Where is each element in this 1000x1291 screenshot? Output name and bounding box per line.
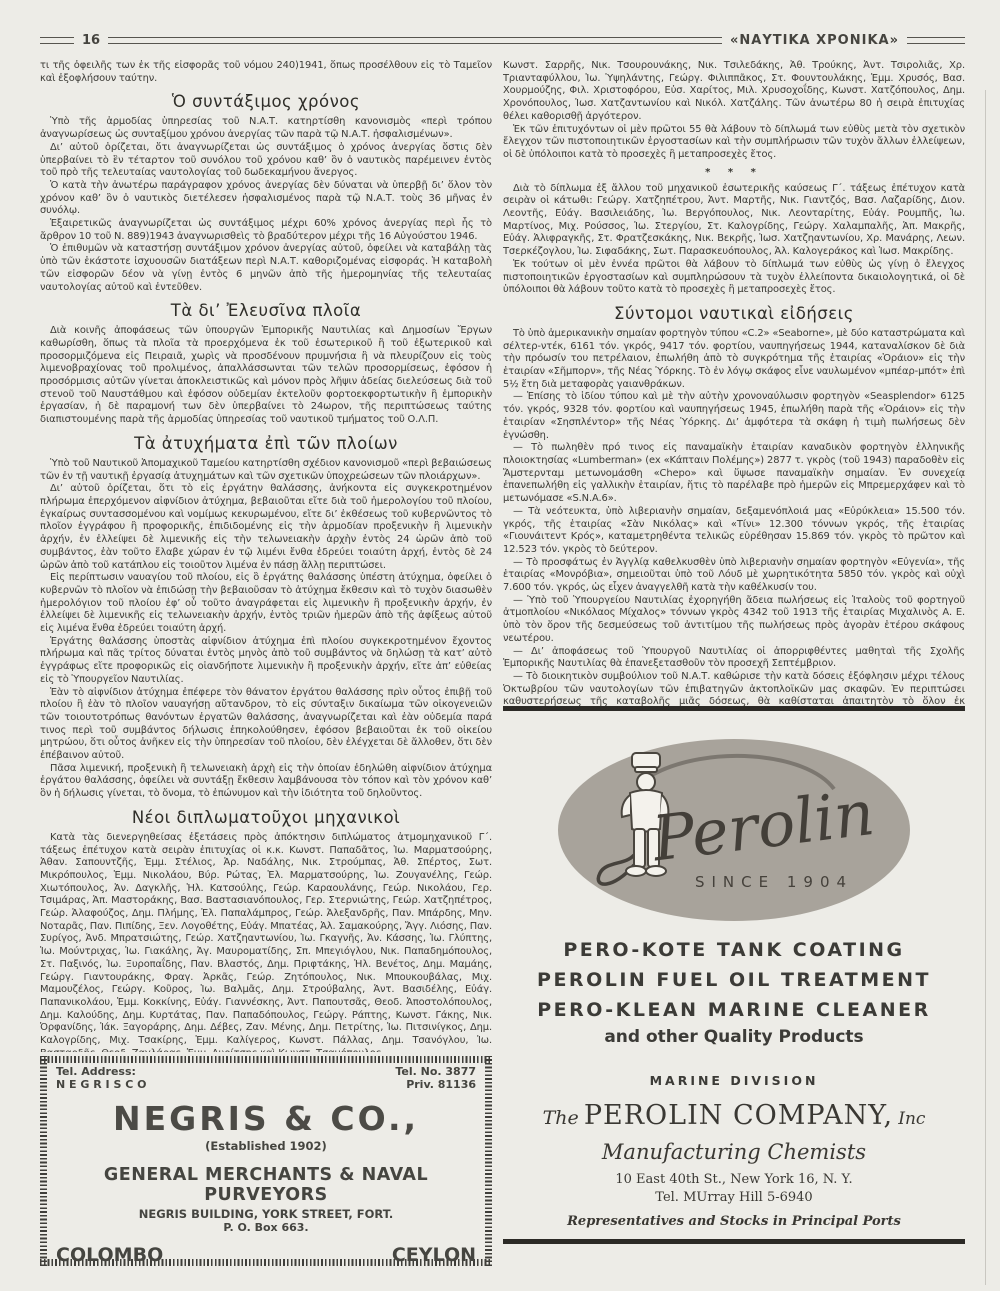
page-header: 16 «ΝΑΥΤΙΚΑ ΧΡΟΝΙΚΑ» — [40, 33, 965, 48]
paragraph: Ὁ κατὰ τὴν ἀνωτέρω παράγραφον χρόνος ἀνε… — [40, 180, 492, 218]
paragraph: Ὁ ἐπιθυμῶν νὰ καταστήσῃ συντάξιμον χρόνο… — [40, 243, 492, 294]
negris-company-name: NEGRIS & CO., — [56, 1099, 476, 1138]
paragraph: Διὰ τὸ δίπλωμα ἐξ ἄλλου τοῦ μηχανικοῦ ἐσ… — [503, 183, 965, 259]
section-heading: Ὁ συντάξιμος χρόνος — [40, 92, 492, 111]
paragraph: Ἐὰν τὸ αἰφνίδιον ἀτύχημα ἐπέφερε τὸν θάν… — [40, 687, 492, 763]
perolin-since: SINCE 1904 — [695, 873, 853, 891]
paragraph: Πᾶσα λιμενική, προξενικὴ ἢ τελωνειακὴ ἀρ… — [40, 763, 492, 801]
ad-top-rule — [503, 706, 965, 711]
paragraph: Ὑπὸ τῆς ἁρμοδίας ὑπηρεσίας τοῦ Ν.Α.Τ. κα… — [40, 116, 492, 141]
section-heading: Σύντομοι ναυτικαὶ εἰδήσεις — [503, 304, 965, 323]
masthead-title: «ΝΑΥΤΙΚΑ ΧΡΟΝΙΚΑ» — [730, 33, 899, 48]
left-column: τι τῆς ὀφειλῆς των ἐκ τῆς εἰσφορᾶς τοῦ ν… — [40, 60, 492, 1052]
hatched-border — [40, 1056, 47, 1266]
news-item: — Τὸ πωληθὲν πρό τινος εἰς παναμαϊκὴν ἑτ… — [503, 442, 965, 506]
paragraph: Ἐκ τούτων οἱ μὲν ἐννέα πρῶτοι θὰ λάβουν … — [503, 259, 965, 297]
negris-ad: Tel. Address: N E G R I S C O Tel. No. 3… — [40, 1056, 492, 1266]
product-line: PEROLIN FUEL OIL TREATMENT — [503, 965, 965, 995]
tel-address-label: Tel. Address: — [56, 1065, 136, 1078]
asterisk-separator: * * * — [503, 167, 965, 178]
right-column: Κωνστ. Σαρρῆς, Νικ. Τσουρουνάκης, Νικ. Τ… — [503, 60, 965, 706]
negris-tel-numbers: Tel. No. 3877 Priv. 81136 — [395, 1065, 476, 1091]
header-rule — [108, 37, 722, 44]
page-edge-line — [985, 90, 986, 1285]
section-heading: Νέοι διπλωματοῦχοι μηχανικοὶ — [40, 808, 492, 827]
paragraph: Δι’ αὐτοῦ ὁρίζεται, ὅτι τὸ εἰς ἐργάτην θ… — [40, 483, 492, 572]
header-rule — [40, 37, 74, 44]
paragraph: Ἐξαιρετικῶς ἀναγνωρίζεται ὡς συντάξιμος … — [40, 218, 492, 243]
paragraph: Κωνστ. Σαρρῆς, Νικ. Τσουρουνάκης, Νικ. Τ… — [503, 60, 965, 124]
perolin-company-name: The PEROLIN COMPANY, Inc — [503, 1100, 965, 1131]
perolin-logo-oval: Perolin SINCE 1904 — [556, 737, 912, 923]
perolin-logo: Perolin SINCE 1904 — [503, 737, 965, 927]
paragraph: Ὑπὸ τοῦ Ναυτικοῦ Ἀπομαχικοῦ Ταμείου κατη… — [40, 458, 492, 483]
hatched-border — [485, 1056, 492, 1266]
perolin-tagline: and other Quality Products — [503, 1027, 965, 1047]
section-heading: Τὰ δι’ Ἐλευσῖνα πλοῖα — [40, 301, 492, 320]
company-caps: PEROLIN COMPANY, — [584, 1100, 893, 1131]
negris-city-ceylon: CEYLON — [392, 1244, 476, 1266]
perolin-ad: Perolin SINCE 1904 PERO-KOTE TANK COATIN… — [503, 706, 965, 1254]
perolin-division: MARINE DIVISION — [503, 1073, 965, 1088]
negris-city-colombo: COLOMBO — [56, 1244, 163, 1266]
paragraph: τι τῆς ὀφειλῆς των ἐκ τῆς εἰσφορᾶς τοῦ ν… — [40, 60, 492, 85]
perolin-products: PERO-KOTE TANK COATING PEROLIN FUEL OIL … — [503, 935, 965, 1047]
negris-address-line: NEGRIS BUILDING, YORK STREET, FORT. — [56, 1207, 476, 1221]
company-the: The — [543, 1107, 579, 1129]
paragraph: Ἐργάτης θαλάσσης ὑποστὰς αἰφνίδιον ἀτύχη… — [40, 636, 492, 687]
hatched-border — [40, 1056, 492, 1063]
perolin-subtitle: Manufacturing Chemists — [503, 1140, 965, 1164]
priv-no: Priv. 81136 — [406, 1078, 476, 1091]
paragraph: Ἐκ τῶν ἐπιτυχόντων οἱ μὲν πρῶτοι 55 θὰ λ… — [503, 124, 965, 162]
news-item: Τὸ ὑπὸ ἀμερικανικὴν σημαίαν φορτηγὸν τύπ… — [503, 328, 965, 392]
paragraph: Εἰς περίπτωσιν ναυαγίου τοῦ πλοίου, εἰς … — [40, 572, 492, 636]
negris-tel-address: Tel. Address: N E G R I S C O — [56, 1065, 146, 1091]
company-inc: Inc — [898, 1109, 925, 1129]
news-item: — Τὸ διοικητικὸν συμβούλιον τοῦ Ν.Α.Τ. κ… — [503, 671, 965, 706]
section-heading: Τὰ ἀτυχήματα ἐπὶ τῶν πλοίων — [40, 434, 492, 453]
ad-bottom-rule — [503, 1239, 965, 1244]
header-rule — [907, 37, 965, 44]
news-item: — Ἐπίσης τὸ ἰδίου τύπου καὶ μὲ τὴν αὐτὴν… — [503, 391, 965, 442]
news-item: — Δι’ ἀποφάσεως τοῦ Ὑπουργοῦ Ναυτιλίας ο… — [503, 646, 965, 671]
perolin-phone: Tel. MUrray Hill 5-6940 — [503, 1190, 965, 1205]
news-item: — Ὑπὸ τοῦ Ὑπουργείου Ναυτιλίας ἐχορηγήθη… — [503, 595, 965, 646]
page-number: 16 — [82, 33, 100, 48]
paragraph: Κατὰ τὰς διενεργηθείσας ἐξετάσεις πρὸς ἀ… — [40, 832, 492, 1052]
tel-address-value: N E G R I S C O — [56, 1078, 146, 1091]
perolin-address: 10 East 40th St., New York 16, N. Y. — [503, 1172, 965, 1187]
product-line: PERO-KOTE TANK COATING — [503, 935, 965, 965]
negris-established: (Established 1902) — [56, 1139, 476, 1153]
news-item: — Τὸ προσφάτως ἐν Ἀγγλίᾳ καθελκυσθὲν ὑπὸ… — [503, 557, 965, 595]
negris-pobox-line: P. O. Box 663. — [56, 1221, 476, 1234]
product-line: PERO-KLEAN MARINE CLEANER — [503, 995, 965, 1025]
paragraph: Διὰ κοινῆς ἀποφάσεως τῶν ὑπουργῶν Ἐμπορι… — [40, 325, 492, 427]
perolin-footer: Representatives and Stocks in Principal … — [503, 1214, 965, 1229]
negris-business-line: GENERAL MERCHANTS & NAVAL PURVEYORS — [56, 1165, 476, 1205]
news-item: — Τὰ νεότευκτα, ὑπὸ λιβεριανὴν σημαίαν, … — [503, 506, 965, 557]
paragraph: Δι’ αὐτοῦ ὁρίζεται, ὅτι ἀναγνωρίζεται ὡς… — [40, 142, 492, 180]
tel-no: Tel. No. 3877 — [395, 1065, 476, 1078]
